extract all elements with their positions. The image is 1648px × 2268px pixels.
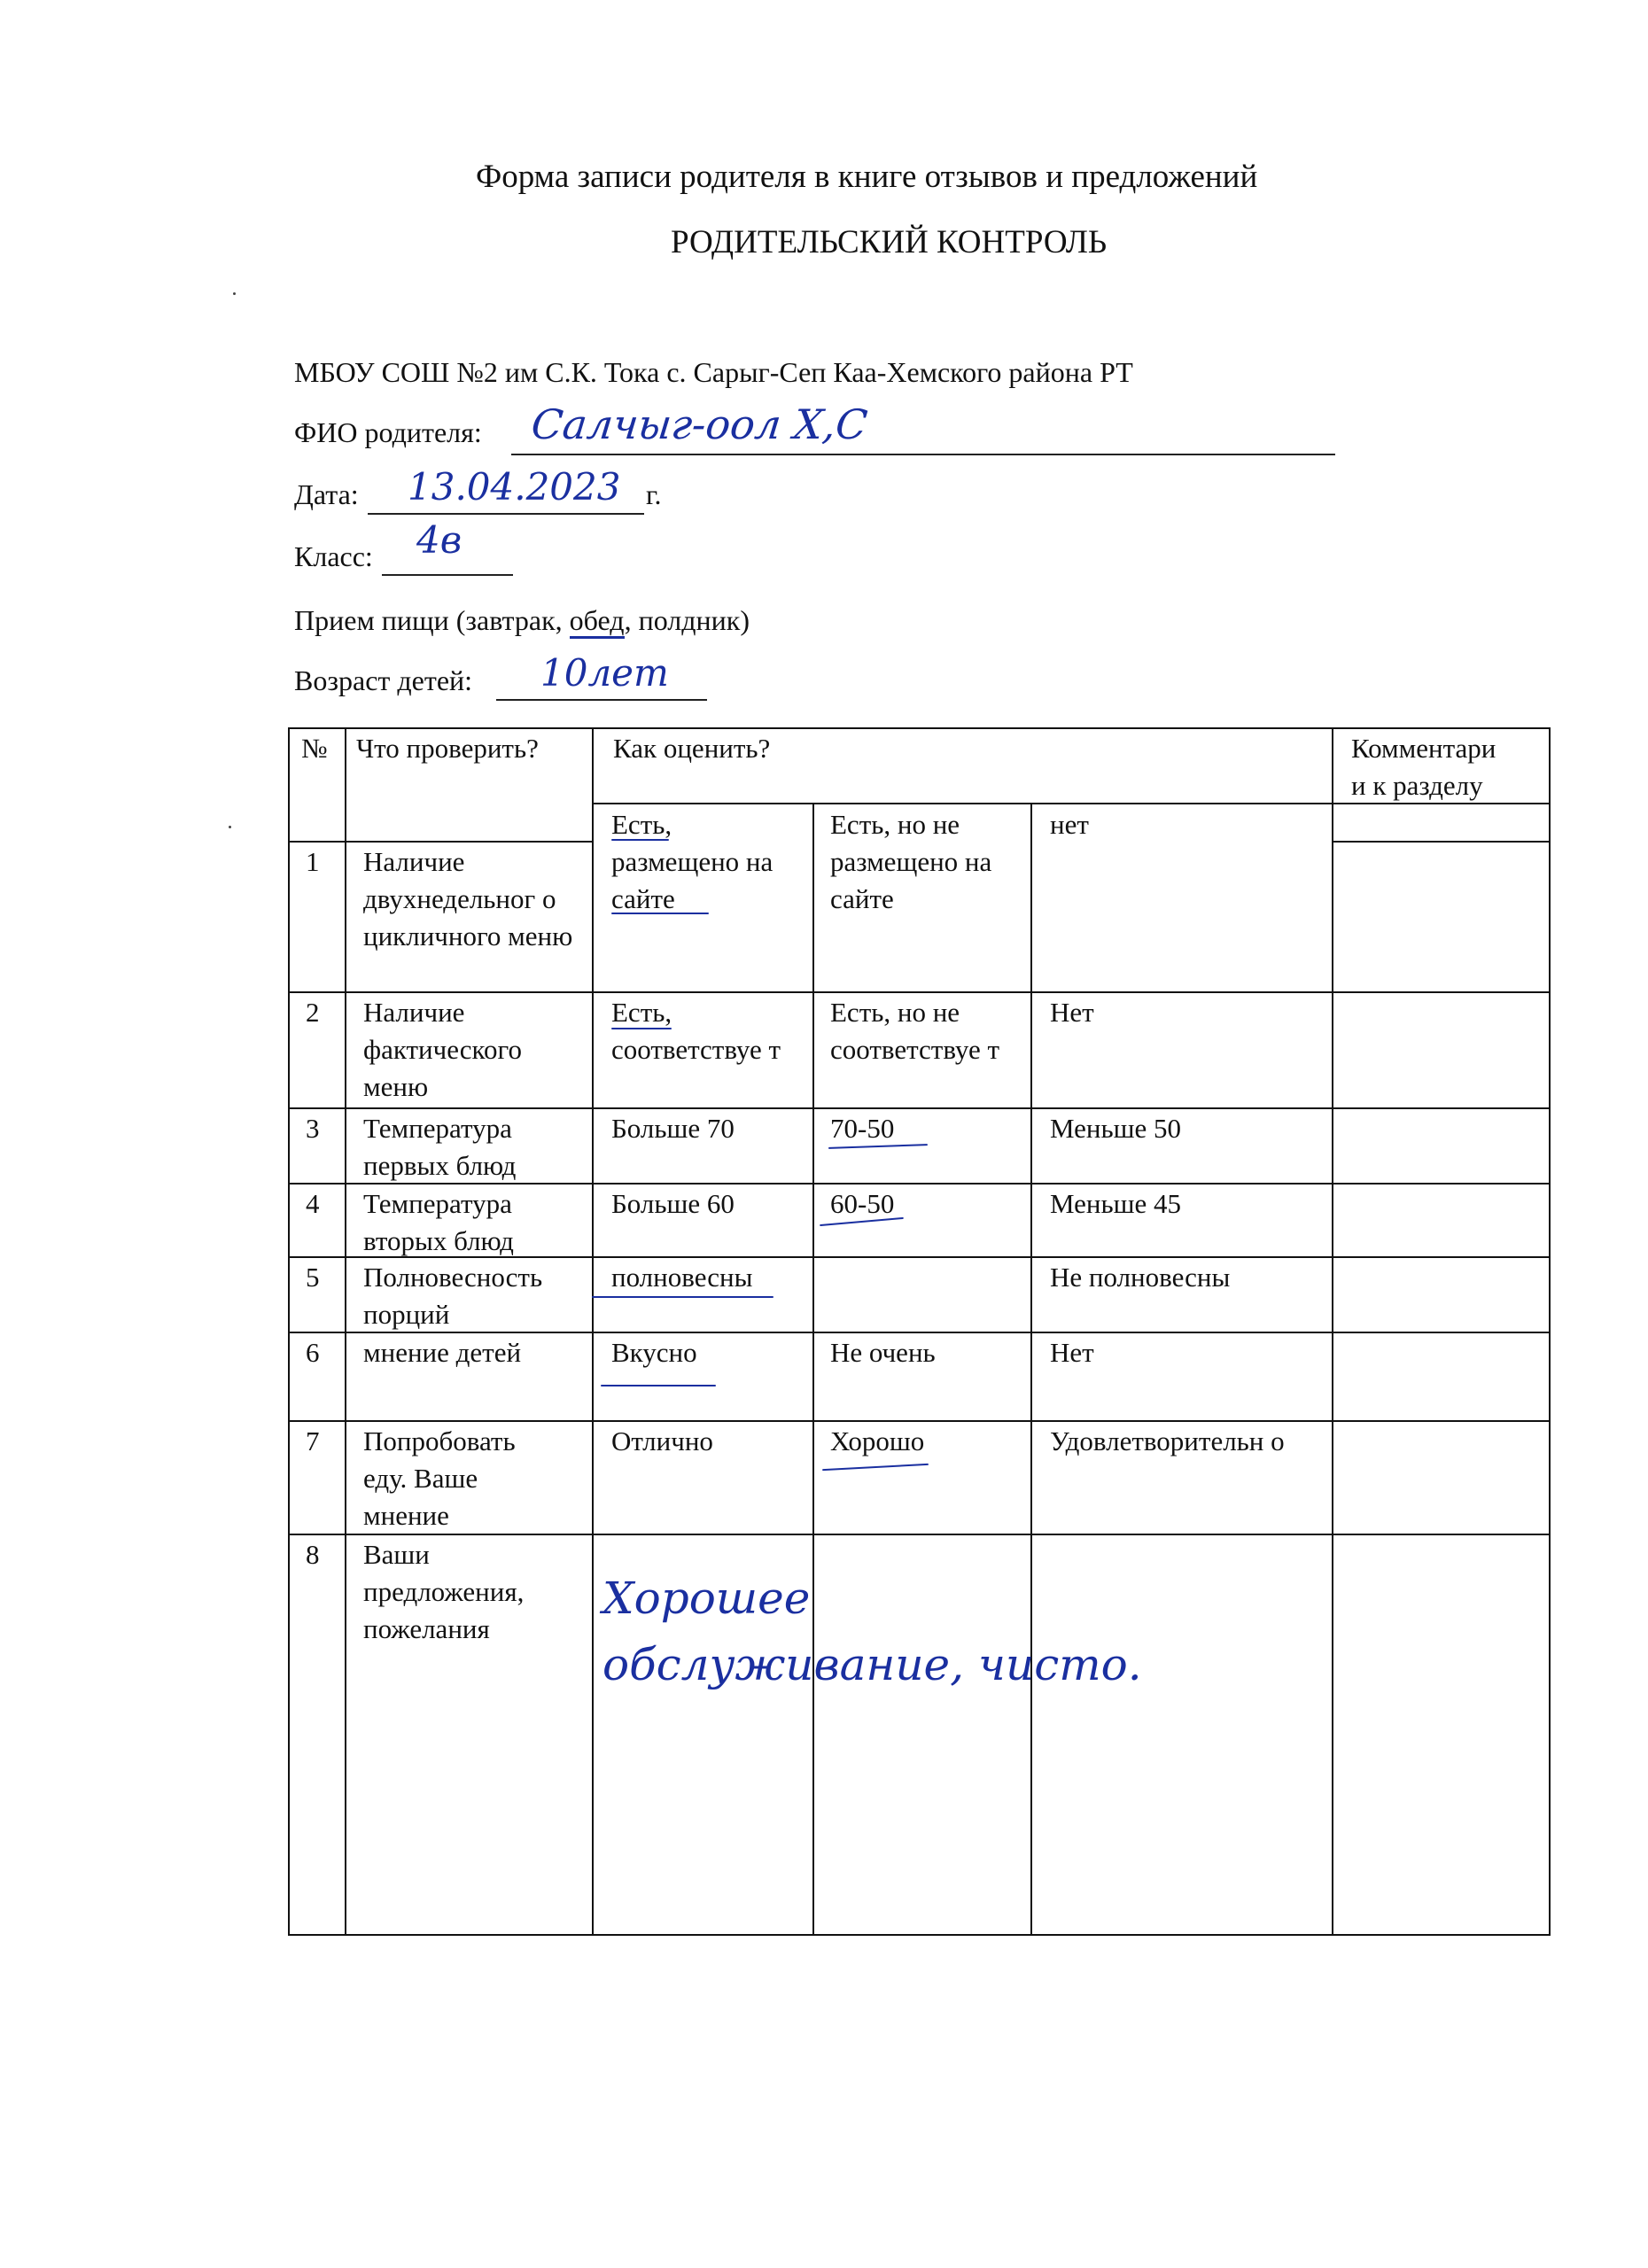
row-6-option-3[interactable]: Нет bbox=[1050, 1334, 1094, 1371]
row-2-selection-mark bbox=[611, 1028, 672, 1029]
row-6-what: мнение детей bbox=[363, 1334, 587, 1371]
row-2-option-1[interactable]: Есть, соответствуе т bbox=[611, 994, 797, 1068]
meal-option-breakfast[interactable]: завтрак bbox=[465, 604, 555, 636]
age-label: Возраст детей: bbox=[294, 664, 472, 697]
school-name: МБОУ СОШ №2 им С.К. Тока с. Сарыг-Сеп Ка… bbox=[294, 356, 1133, 389]
meal-line: Прием пищи (завтрак, обед, полдник) bbox=[294, 604, 750, 637]
date-underline bbox=[368, 513, 644, 515]
class-underline bbox=[382, 574, 513, 576]
table-border-top bbox=[288, 727, 1551, 729]
row-3-what: Температура первых блюд bbox=[363, 1110, 587, 1184]
row-1-num: 1 bbox=[306, 843, 320, 881]
row-7-option-2[interactable]: Хорошо bbox=[830, 1423, 924, 1460]
row-7-option-3[interactable]: Удовлетворительн о bbox=[1050, 1423, 1316, 1460]
class-value[interactable]: 4в bbox=[416, 518, 462, 562]
row-5-selection-mark bbox=[592, 1296, 773, 1298]
scan-speck bbox=[229, 826, 231, 828]
row-1-option-1[interactable]: Есть, размещено на сайте bbox=[611, 806, 806, 918]
form-title: Форма записи родителя в книге отзывов и … bbox=[476, 158, 1257, 196]
scan-speck bbox=[233, 292, 236, 295]
parent-name-label: ФИО родителя: bbox=[294, 416, 482, 449]
meal-label: Прием пищи ( bbox=[294, 604, 465, 636]
row-6-option-2[interactable]: Не очень bbox=[830, 1334, 936, 1371]
row-3-top bbox=[288, 1107, 1551, 1109]
row-4-what: Температура вторых блюд bbox=[363, 1185, 587, 1260]
row-2-top bbox=[288, 991, 1551, 993]
row-4-option-1[interactable]: Больше 60 bbox=[611, 1185, 735, 1223]
meal-option-snack[interactable]: полдник bbox=[639, 604, 741, 636]
row-1-what: Наличие двухнедельног о цикличного меню bbox=[363, 843, 587, 955]
row-4-option-3[interactable]: Меньше 45 bbox=[1050, 1185, 1181, 1223]
row-4-num: 4 bbox=[306, 1185, 320, 1223]
row-3-num: 3 bbox=[306, 1110, 320, 1147]
table-col-line-3 bbox=[812, 803, 814, 1936]
date-label: Дата: bbox=[294, 478, 359, 511]
row-8-num: 8 bbox=[306, 1536, 320, 1573]
row-1-option-3[interactable]: нет bbox=[1050, 806, 1316, 843]
row-4-option-2[interactable]: 60-50 bbox=[830, 1185, 894, 1223]
row-8-handwritten-line-1[interactable]: Хорошее bbox=[602, 1573, 810, 1624]
class-label: Класс: bbox=[294, 540, 373, 573]
date-value[interactable]: 13.04.2023 bbox=[408, 465, 620, 509]
row-8-handwritten-line-2[interactable]: обслуживание, чисто. bbox=[602, 1639, 1142, 1690]
age-value[interactable]: 10лет bbox=[540, 651, 669, 695]
header-comments: Комментари и к разделу bbox=[1351, 730, 1496, 804]
row-2-option-2[interactable]: Есть, но не соответствуе т bbox=[830, 994, 1016, 1068]
header-num: № bbox=[301, 730, 328, 767]
table-border-bottom bbox=[288, 1934, 1551, 1936]
row-7-selection-mark bbox=[822, 1464, 929, 1471]
row-2-what: Наличие фактического меню bbox=[363, 994, 587, 1106]
date-suffix: г. bbox=[646, 478, 662, 511]
row-1-selection-mark bbox=[611, 839, 669, 841]
row-5-num: 5 bbox=[306, 1259, 320, 1296]
row-7-what: Попробовать еду. Ваше мнение bbox=[363, 1423, 558, 1534]
row-6-option-1[interactable]: Вкусно bbox=[611, 1334, 697, 1371]
row-1-option-2[interactable]: Есть, но не размещено на сайте bbox=[830, 806, 1016, 918]
parent-name-value[interactable]: Салчыг-оол Х,С bbox=[529, 400, 869, 448]
row-3-option-1[interactable]: Больше 70 bbox=[611, 1110, 735, 1147]
row-1-selection-mark-2 bbox=[611, 913, 709, 914]
row-6-selection-mark bbox=[601, 1385, 716, 1386]
row-3-option-2[interactable]: 70-50 bbox=[830, 1110, 894, 1147]
form-subtitle: РОДИТЕЛЬСКИЙ КОНТРОЛЬ bbox=[671, 223, 1107, 261]
row-7-top bbox=[288, 1420, 1551, 1422]
row-7-option-1[interactable]: Отлично bbox=[611, 1423, 713, 1460]
row-7-num: 7 bbox=[306, 1423, 320, 1460]
row-2-option-3[interactable]: Нет bbox=[1050, 994, 1316, 1031]
row-5-what: Полновесность порций bbox=[363, 1259, 587, 1333]
row-3-option-3[interactable]: Меньше 50 bbox=[1050, 1110, 1181, 1147]
header-what: Что проверить? bbox=[356, 730, 539, 767]
header-how: Как оценить? bbox=[613, 730, 770, 767]
row-5-option-1[interactable]: полновесны bbox=[611, 1259, 752, 1296]
meal-option-lunch[interactable]: обед bbox=[570, 604, 625, 639]
row-5-option-3[interactable]: Не полновесны bbox=[1050, 1259, 1230, 1296]
age-underline bbox=[496, 699, 707, 701]
row-1-top bbox=[288, 841, 594, 843]
row-6-num: 6 bbox=[306, 1334, 320, 1371]
comments-extra-line bbox=[1332, 841, 1551, 843]
table-col-line-4 bbox=[1030, 803, 1032, 1936]
row-2-num: 2 bbox=[306, 994, 320, 1031]
row-8-what: Ваши предложения, пожелания bbox=[363, 1536, 576, 1648]
parent-name-underline bbox=[511, 454, 1335, 455]
